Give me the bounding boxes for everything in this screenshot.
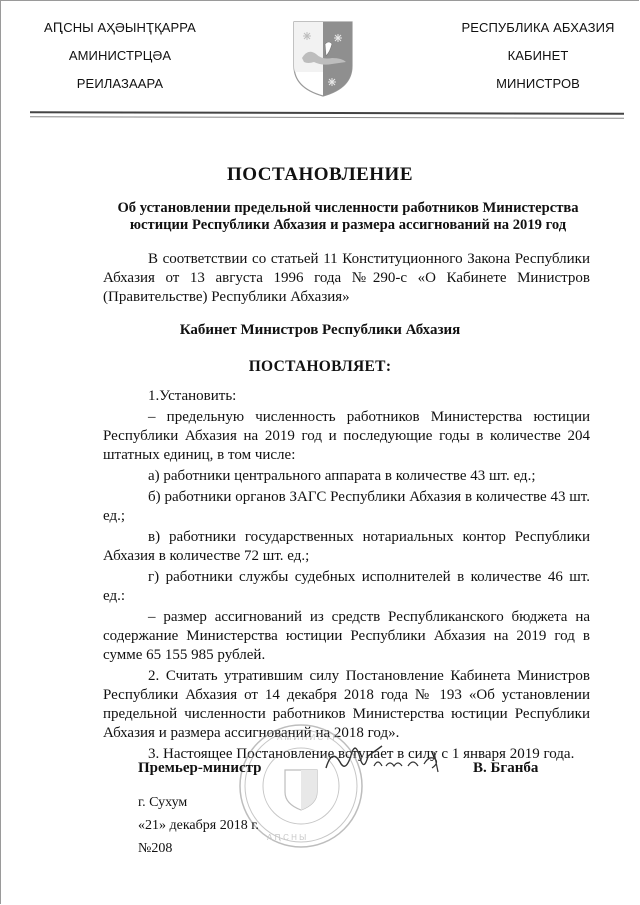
header-abkhaz-name: АԤСНЫ АҲӘЫНҬҚАРРА АМИНИСТРЦӘА РЕИЛАЗААРА [28, 14, 212, 98]
preamble-text: В соответствии со статьей 11 Конституцио… [103, 250, 590, 307]
signatory-name: В. Бганба [473, 760, 538, 777]
item-1-headcount: – предельную численность работников Мини… [103, 408, 590, 465]
header-right-line-3: МИНИСТРОВ [446, 70, 630, 98]
document-date: «21» декабря 2018 г. [138, 818, 259, 834]
item-1-heading: 1.Установить: [103, 387, 590, 406]
item-1a: а) работники центрального аппарата в кол… [103, 467, 590, 486]
svg-text:А Ԥ С Н Ы: А Ԥ С Н Ы [267, 833, 306, 842]
signatory-position: Премьер-министр [138, 760, 262, 777]
header-left-line-1: АԤСНЫ АҲӘЫНҬҚАРРА [28, 14, 212, 42]
signature-row: Премьер-министр В. Бганба [138, 760, 598, 782]
header-russian-name: РЕСПУБЛИКА АБХАЗИЯ КАБИНЕТ МИНИСТРОВ [446, 14, 630, 98]
document-subtitle: Об установлении предельной численности р… [100, 200, 596, 234]
decree-word: ПОСТАНОВЛЯЕТ: [0, 358, 640, 376]
document-number: №208 [138, 841, 172, 857]
issuing-authority: Кабинет Министров Республики Абхазия [0, 322, 640, 339]
subtitle-line-2: юстиции Республики Абхазия и размера асс… [100, 217, 596, 234]
header-left-line-3: РЕИЛАЗААРА [28, 70, 212, 98]
header-left-line-2: АМИНИСТРЦӘА [28, 42, 212, 70]
item-1-budget: – размер ассигнований из средств Республ… [103, 608, 590, 665]
decree-body: 1.Установить: – предельную численность р… [103, 387, 590, 766]
item-1c: в) работники государственных нотариальны… [103, 528, 590, 566]
item-1d: г) работники службы судебных исполнителе… [103, 568, 590, 606]
item-1b: б) работники органов ЗАГС Республики Абх… [103, 488, 590, 526]
subtitle-line-1: Об установлении предельной численности р… [100, 200, 596, 217]
preamble-block: В соответствии со статьей 11 Конституцио… [103, 250, 590, 310]
document-title: ПОСТАНОВЛЕНИЕ [0, 164, 640, 186]
document-city: г. Сухум [138, 795, 187, 811]
coat-of-arms-icon [292, 18, 354, 98]
header-right-line-2: КАБИНЕТ [446, 42, 630, 70]
header-right-line-1: РЕСПУБЛИКА АБХАЗИЯ [446, 14, 630, 42]
